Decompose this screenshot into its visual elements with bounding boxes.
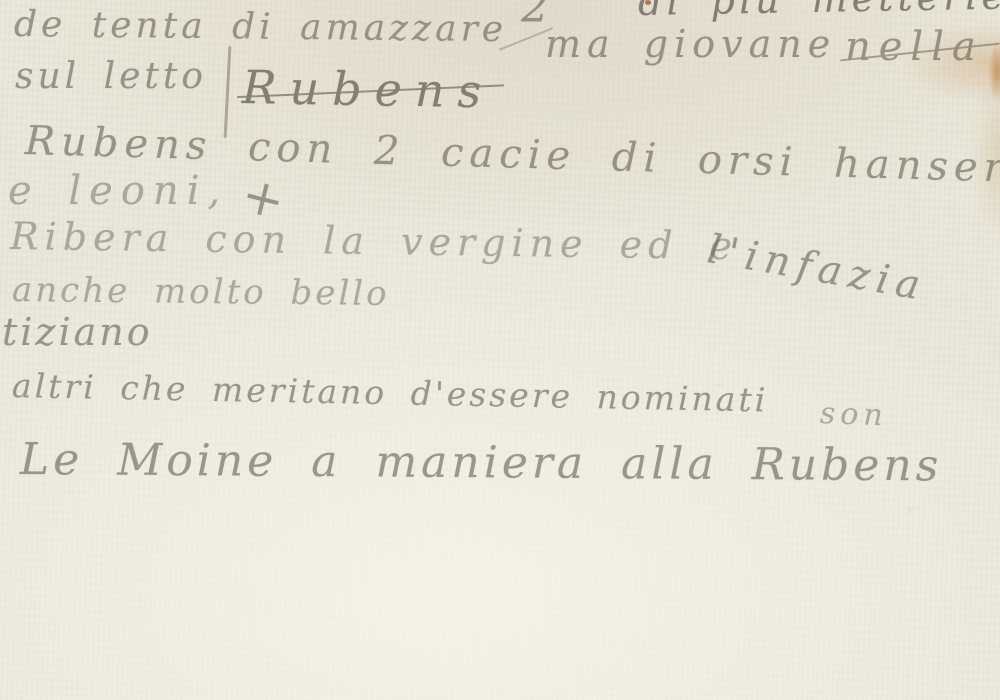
manuscript-page: 2 di più metterle de tenta di amazzare m… bbox=[0, 0, 1000, 700]
handwriting-line-4: e leoni, bbox=[8, 168, 228, 214]
handwriting-fragment-top-right: di più metterle bbox=[638, 0, 1000, 24]
handwriting-line-6: anche molto bello bbox=[12, 270, 390, 314]
handwriting-word-struck-rubens: Rubens bbox=[242, 60, 495, 118]
handwriting-line-8: altri che meritano d'essere nominati bbox=[12, 366, 769, 420]
handwriting-word-struck-nella: nella bbox=[845, 24, 984, 70]
handwriting-scribble: son bbox=[819, 396, 888, 433]
handwriting-line-5: Ribera con la vergine ed e bbox=[10, 214, 739, 268]
handwriting-line-7: tiziano bbox=[2, 310, 153, 354]
handwriting-line-1: de tenta di amazzare bbox=[14, 4, 508, 50]
handwriting-line-9: Le Moine a maniera alla Rubens bbox=[20, 434, 943, 491]
paper-stain bbox=[988, 42, 1000, 102]
handwriting-line-2: sul letto bbox=[15, 56, 207, 97]
handwriting-line-5-continuation: l'infazia bbox=[704, 226, 930, 310]
handwriting-line-1-continuation: ma giovane bbox=[545, 22, 836, 66]
